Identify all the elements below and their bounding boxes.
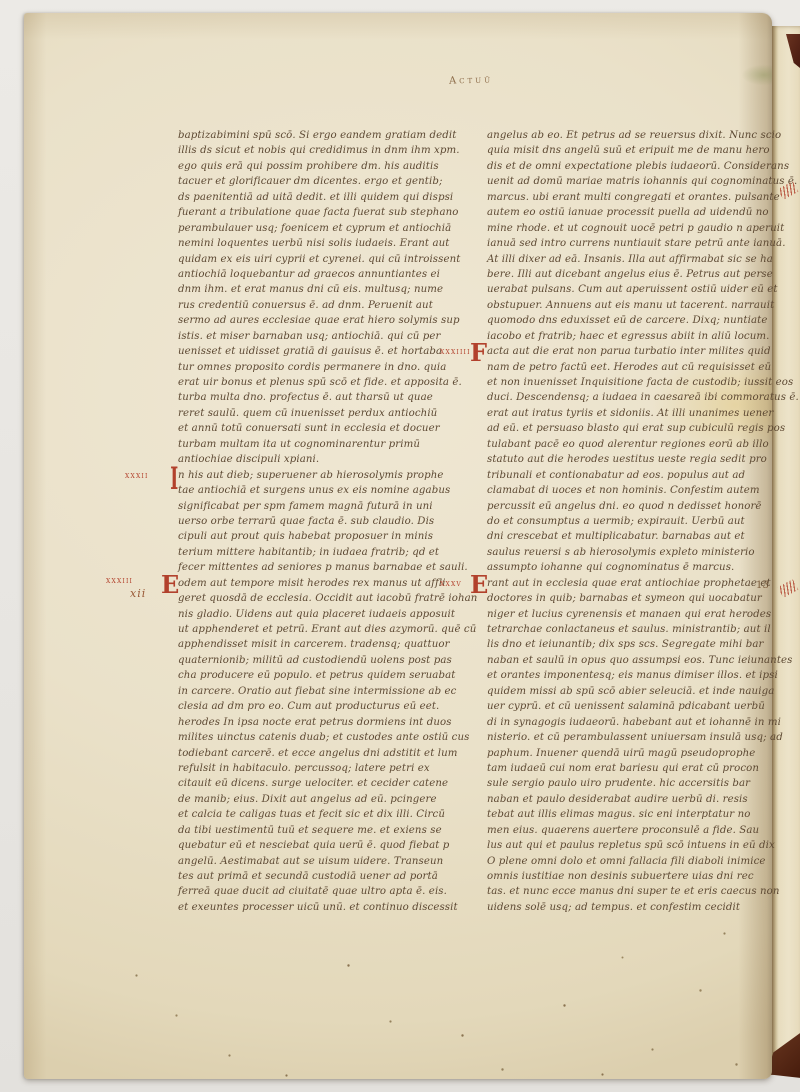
text-line-content: odem aut tempore misit herodes rex manus… — [178, 576, 446, 592]
text-line-content: citauit eū dicens. surge uelociter. et c… — [178, 776, 448, 792]
text-line: et orantes imponentesq; eis manus dimise… — [487, 668, 783, 683]
running-title: Actuũ — [449, 74, 493, 86]
text-line-content: geret quosdā de ecclesia. Occidit aut ia… — [178, 591, 477, 607]
text-line-content: clesia ad dm pro eo. Cum aut producturus… — [178, 699, 439, 715]
text-line-content: paphum. Inuener quendā uirū magū pseudop… — [487, 745, 755, 761]
text-line: quomodo dns eduxisset eū de carcere. Dix… — [487, 313, 783, 328]
text-line-content: quidam ex eis uiri cyprii et cyrenei. qu… — [178, 251, 460, 267]
text-line: quia misit dns angelū suū et eripuit me … — [487, 143, 783, 158]
text-line-content: uenit ad domū mariae matris iohannis qui… — [487, 174, 797, 190]
text-line-content: et annū totū conuersati sunt in ecclesia… — [178, 421, 440, 437]
text-line-content: omnis iustitiae non desinis subuertere u… — [487, 869, 754, 885]
text-line-content: cipuli aut prout quis habebat proposuer … — [178, 529, 433, 545]
text-line: clamabat di uoces et non hominis. Confes… — [487, 483, 783, 498]
text-line: turba multa dno. profectus ē. aut tharsū… — [178, 390, 474, 405]
text-line: quebatur eū et nesciebat quia uerū ē. qu… — [178, 838, 474, 853]
text-line: percussit eū angelus dni. eo quod n dedi… — [487, 499, 783, 514]
text-line-content: angelus ab eo. Et petrus ad se reuersus … — [487, 128, 781, 144]
text-line-content: uerso orbe terrarū quae facta ē. sub cla… — [178, 514, 434, 530]
chapter-numeral: xxxiiii — [440, 345, 471, 360]
rubric-initial: E — [470, 573, 488, 597]
text-line-content: tur omnes proposito cordis permanere in … — [178, 359, 446, 375]
text-line-content: et non inuenisset Inquisitione facta de … — [487, 375, 793, 391]
text-line-content: tas. et nunc ecce manus dni super te et … — [487, 884, 780, 900]
text-line-content: et calcia te caligas tuas et fecit sic e… — [178, 807, 445, 823]
text-line: nis gladio. Uidens aut quia placeret iud… — [178, 607, 474, 622]
text-line-content: tae antiochiā et surgens unus ex eis nom… — [178, 483, 450, 499]
text-line-content: percussit eū angelus dni. eo quod n dedi… — [487, 498, 762, 514]
text-line: quaternionib; militū ad custodiendū uole… — [178, 653, 474, 668]
text-line: xxxiiiiFacta aut die erat non parua turb… — [487, 344, 783, 359]
text-line: geret quosdā de ecclesia. Occidit aut ia… — [178, 591, 474, 606]
text-line: sermo ad aures ecclesiae quae erat hiero… — [178, 313, 474, 328]
text-line: antiochiae discipuli xpiani. — [178, 452, 474, 467]
manuscript-page: Actuũ baptizabimini spū scō. Si ergo ean… — [24, 13, 772, 1079]
text-line: erat uir bonus et plenus spū scō et fide… — [178, 375, 474, 390]
text-line-content: rant aut in ecclesia quae erat antiochia… — [487, 576, 771, 592]
text-line-content: marcus. ubi erant multi congregati et or… — [487, 190, 780, 206]
text-line-content: baptizabimini spū scō. Si ergo eandem gr… — [178, 128, 456, 144]
text-line: angelū. Aestimabat aut se uisum uidere. … — [178, 854, 474, 869]
text-line-content: istis. et miser barnaban usq; antiochiā.… — [178, 329, 440, 345]
text-line: nemini loquentes uerbū nisi solis iudaei… — [178, 236, 474, 251]
text-line: angelus ab eo. Et petrus ad se reuersus … — [487, 128, 783, 143]
text-line-content: sermo ad aures ecclesiae quae erat hiero… — [178, 313, 460, 329]
text-line: statuto aut die herodes uestitus ueste r… — [487, 452, 783, 467]
text-line-content: uidens solē usq; ad tempus. et confestim… — [487, 900, 740, 916]
text-line-content: quidem missi ab spū scō abier seleuciā. … — [487, 684, 774, 700]
text-line: tebat aut illis elimas magus. sic eni in… — [487, 807, 783, 822]
text-line-content: tes aut primā et secundā custodiā uener … — [178, 869, 438, 885]
text-line: tes aut primā et secundā custodiā uener … — [178, 869, 474, 884]
text-line: xxxv13Erant aut in ecclesia quae erat an… — [487, 576, 783, 591]
text-line: citauit eū dicens. surge uelociter. et c… — [178, 776, 474, 791]
text-line-content: sule sergio paulo uiro prudente. hic acc… — [487, 776, 750, 792]
text-line-content: iacobo et fratrib; haec et egressus abii… — [487, 329, 770, 345]
text-line-content: dni crescebat et multiplicabatur. barnab… — [487, 529, 745, 545]
text-line: refulsit in habitaculo. percussoq; later… — [178, 761, 474, 776]
text-line-content: terium mittere habitantib; in iudaea fra… — [178, 545, 439, 561]
text-line-content: tebat aut illis elimas magus. sic eni in… — [487, 807, 750, 823]
text-line: duci. Descendensq; a iudaea in caesareā … — [487, 390, 783, 405]
text-column-left: baptizabimini spū scō. Si ergo eandem gr… — [178, 128, 474, 915]
text-line: assumpto iohanne qui cognominatus ē marc… — [487, 560, 783, 575]
text-line-content: O plene omni dolo et omni fallacia fili … — [487, 853, 766, 869]
text-line: marcus. ubi erant multi congregati et or… — [487, 190, 783, 205]
text-line-content: assumpto iohanne qui cognominatus ē marc… — [487, 560, 734, 576]
text-line: tae antiochiā et surgens unus ex eis nom… — [178, 483, 474, 498]
text-line-content: nam de petro factū eet. Herodes aut cū r… — [487, 359, 771, 375]
text-line: milites uinctus catenis duab; et custode… — [178, 730, 474, 745]
text-line: turbam multam ita ut cognominarentur pri… — [178, 437, 474, 452]
text-line-content: dnm ihm. et erat manus dni cū eis. multu… — [178, 282, 443, 298]
text-line: quidem missi ab spū scō abier seleuciā. … — [487, 684, 783, 699]
text-line: xxxiiixiiEodem aut tempore misit herodes… — [178, 576, 474, 591]
text-line: dni crescebat et multiplicabatur. barnab… — [487, 529, 783, 544]
text-line-content: quebatur eū et nesciebat quia uerū ē. qu… — [178, 838, 449, 854]
text-line: antiochiā loquebantur ad graecos annunti… — [178, 267, 474, 282]
text-line: tulabant pacē eo quod alerentur regiones… — [487, 437, 783, 452]
text-line: men eius. quaerens auertere proconsulē a… — [487, 823, 783, 838]
text-line: paphum. Inuener quendā uirū magū pseudop… — [487, 746, 783, 761]
text-line: omnis iustitiae non desinis subuertere u… — [487, 869, 783, 884]
text-line-content: autem eo ostiū ianuae processit puella a… — [487, 205, 769, 221]
text-line-content: tam iudaeū cui nom erat bariesu qui erat… — [487, 761, 759, 777]
text-line-content: acta aut die erat non parua turbatio int… — [487, 344, 771, 360]
text-line: dnm ihm. et erat manus dni cū eis. multu… — [178, 282, 474, 297]
text-line-content: angelū. Aestimabat aut se uisum uidere. … — [178, 853, 443, 869]
text-line: istis. et miser barnaban usq; antiochiā.… — [178, 329, 474, 344]
text-line-content: duci. Descendensq; a iudaea in caesareā … — [487, 390, 799, 406]
text-line: rus credentiū conuersus ē. ad dnm. Perue… — [178, 298, 474, 313]
text-column-right: angelus ab eo. Et petrus ad se reuersus … — [487, 128, 783, 915]
text-line: quidam ex eis uiri cyprii et cyrenei. qu… — [178, 252, 474, 267]
text-line-content: obstupuer. Annuens aut eis manu ut tacer… — [487, 298, 774, 314]
text-line-content: tacuer et glorificauer dm dicentes. ergo… — [178, 174, 442, 190]
text-line-content: ds paenitentiā ad uitā dedit. et illi qu… — [178, 190, 453, 206]
text-line-content: ad eū. et persuaso blasto qui erat sup c… — [487, 421, 785, 437]
text-line: obstupuer. Annuens aut eis manu ut tacer… — [487, 298, 783, 313]
text-line: et calcia te caligas tuas et fecit sic e… — [178, 807, 474, 822]
text-line-content: niger et lucius cyrenensis et manaen qui… — [487, 606, 771, 622]
text-line: nam de petro factū eet. Herodes aut cū r… — [487, 360, 783, 375]
text-line: et exeuntes processer uicū unū. et conti… — [178, 900, 474, 915]
text-line-content: et exeuntes processer uicū unū. et conti… — [178, 900, 458, 916]
text-line-content: rus credentiū conuersus ē. ad dnm. Perue… — [178, 298, 433, 314]
text-line-content: in carcere. Oratio aut fiebat sine inter… — [178, 684, 456, 700]
text-line: naban et paulo desiderabat audire uerbū … — [487, 792, 783, 807]
text-line: tacuer et glorificauer dm dicentes. ergo… — [178, 174, 474, 189]
text-line-content: uenisset et uidisset gratiā di gauisus ē… — [178, 344, 442, 360]
text-line-content: clamabat di uoces et non hominis. Confes… — [487, 483, 760, 499]
text-line: illis ds sicut et nobis qui credidimus i… — [178, 143, 474, 158]
text-line-content: bere. Illi aut dicebant angelus eius ē. … — [487, 267, 773, 283]
text-line: bere. Illi aut dicebant angelus eius ē. … — [487, 267, 783, 282]
text-line-content: illis ds sicut et nobis qui credidimus i… — [178, 143, 460, 159]
text-line: significabat per spm famem magnā futurā … — [178, 499, 474, 514]
text-line-content: quaternionib; militū ad custodiendū uole… — [178, 653, 452, 669]
text-line: de manib; eius. Dixit aut angelus ad eū.… — [178, 792, 474, 807]
chapter-number: xii — [130, 586, 146, 601]
text-line-content: turba multa dno. profectus ē. aut tharsū… — [178, 390, 433, 406]
text-line: uidens solē usq; ad tempus. et confestim… — [487, 900, 783, 915]
text-line: saulus reuersi s ab hierosolymis expleto… — [487, 545, 783, 560]
text-line-content: tribunali et contionabatur ad eos. popul… — [487, 467, 745, 483]
text-line-content: significabat per spm famem magnā futurā … — [178, 498, 433, 514]
text-line-content: n his aut dieb; superuener ab hierosolym… — [178, 467, 444, 483]
text-line: uer cyprū. et cū uenissent salaminā pdic… — [487, 699, 783, 714]
text-line: iacobo et fratrib; haec et egressus abii… — [487, 329, 783, 344]
text-line-content: men eius. quaerens auertere proconsulē a… — [487, 823, 759, 839]
text-line-content: doctores in quib; barnabas et symeon qui… — [487, 591, 762, 607]
text-line: naban et saulū in opus quo assumpsi eos.… — [487, 653, 783, 668]
text-line: terium mittere habitantib; in iudaea fra… — [178, 545, 474, 560]
text-line-content: et orantes imponentesq; eis manus dimise… — [487, 668, 778, 684]
text-line: ego quis erā qui possim prohibere dm. hi… — [178, 159, 474, 174]
text-line: tas. et nunc ecce manus dni super te et … — [487, 884, 783, 899]
text-line-content: de manib; eius. Dixit aut angelus ad eū.… — [178, 792, 437, 808]
text-line: tam iudaeū cui nom erat bariesu qui erat… — [487, 761, 783, 776]
text-line-content: naban et paulo desiderabat audire uerbū … — [487, 792, 748, 808]
text-line: tur omnes proposito cordis permanere in … — [178, 360, 474, 375]
text-line: xxxiiIn his aut dieb; superuener ab hier… — [178, 468, 474, 483]
text-line: mine rhode. et ut cognouit uocē petri p … — [487, 221, 783, 236]
text-line-content: cha producere eū populo. et petrus quide… — [178, 668, 455, 684]
text-line: uenisset et uidisset gratiā di gauisus ē… — [178, 344, 474, 359]
text-line: autem eo ostiū ianuae processit puella a… — [487, 205, 783, 220]
text-line: todiebant carcerē. et ecce angelus dni a… — [178, 746, 474, 761]
text-line-content: perambulauer usq; foenicem et cyprum et … — [178, 220, 451, 236]
text-line-content: di in synagogis iudaeorū. habebant aut e… — [487, 714, 781, 730]
text-line-content: antiochiae discipuli xpiani. — [178, 452, 319, 468]
text-line: da tibi uestimentū tuū et sequere me. et… — [178, 823, 474, 838]
text-line-content: tulabant pacē eo quod alerentur regiones… — [487, 437, 769, 453]
text-line-content: uerabat pulsans. Cum aut aperuissent ost… — [487, 282, 778, 298]
text-line: At illi dixer ad eā. Insanis. Illa aut a… — [487, 252, 783, 267]
text-line: baptizabimini spū scō. Si ergo eandem gr… — [178, 128, 474, 143]
text-line-content: naban et saulū in opus quo assumpsi eos.… — [487, 653, 792, 669]
text-line-content: uer cyprū. et cū uenissent salaminā pdic… — [487, 699, 765, 715]
text-line: clesia ad dm pro eo. Cum aut producturus… — [178, 699, 474, 714]
text-line-content: fecer mittentes ad seniores p manus barn… — [178, 560, 468, 576]
text-line-content: fuerant a tribulatione quae facta fuerat… — [178, 205, 459, 221]
text-line: tribunali et contionabatur ad eos. popul… — [487, 468, 783, 483]
text-line-content: erat aut iratus tyriis et sidoniis. At i… — [487, 406, 773, 422]
rubric-initial: E — [161, 573, 179, 597]
text-line: sule sergio paulo uiro prudente. hic acc… — [487, 776, 783, 791]
text-line-content: ut apphenderet et petrū. Erant aut dies … — [178, 622, 476, 638]
text-line: uerso orbe terrarū quae facta ē. sub cla… — [178, 514, 474, 529]
text-line-content: lis dno et ieiunantib; dix sps scs. Segr… — [487, 637, 764, 653]
text-line-content: statuto aut die herodes uestitus ueste r… — [487, 452, 767, 468]
text-line: reret saulū. quem cū inuenisset perdux a… — [178, 406, 474, 421]
text-line: apphendisset misit in carcerem. tradensq… — [178, 637, 474, 652]
text-line-content: reret saulū. quem cū inuenisset perdux a… — [178, 406, 437, 422]
text-line: tetrarchae conlactaneus et saulus. minis… — [487, 622, 783, 637]
text-line-content: nisterio. et cū perambulassent uniuersam… — [487, 730, 783, 746]
text-line: et non inuenisset Inquisitione facta de … — [487, 375, 783, 390]
rubric-initial: F — [470, 341, 487, 365]
text-line: ianuā sed intro currens nuntiauit stare … — [487, 236, 783, 251]
text-line: in carcere. Oratio aut fiebat sine inter… — [178, 684, 474, 699]
text-line: doctores in quib; barnabas et symeon qui… — [487, 591, 783, 606]
text-line: herodes In ipsa nocte erat petrus dormie… — [178, 715, 474, 730]
text-line-content: At illi dixer ad eā. Insanis. Illa aut a… — [487, 251, 773, 267]
text-line: uerabat pulsans. Cum aut aperuissent ost… — [487, 282, 783, 297]
text-line: niger et lucius cyrenensis et manaen qui… — [487, 607, 783, 622]
text-line-content: antiochiā loquebantur ad graecos annunti… — [178, 267, 440, 283]
text-line-content: do et consumptus a uermib; expirauit. Ue… — [487, 514, 745, 530]
text-line: ds paenitentiā ad uitā dedit. et illi qu… — [178, 190, 474, 205]
text-line-content: tetrarchae conlactaneus et saulus. minis… — [487, 622, 771, 638]
chapter-numeral: xxxv — [440, 577, 462, 592]
text-line: fecer mittentes ad seniores p manus barn… — [178, 560, 474, 575]
text-line-content: refulsit in habitaculo. percussoq; later… — [178, 761, 430, 777]
text-line-content: erat uir bonus et plenus spū scō et fide… — [178, 375, 462, 391]
text-line-content: ego quis erā qui possim prohibere dm. hi… — [178, 159, 439, 175]
text-line: O plene omni dolo et omni fallacia fili … — [487, 854, 783, 869]
text-line-content: mine rhode. et ut cognouit uocē petri p … — [487, 220, 784, 236]
text-line: et annū totū conuersati sunt in ecclesia… — [178, 421, 474, 436]
text-line: fuerant a tribulatione quae facta fuerat… — [178, 205, 474, 220]
text-line: nisterio. et cū perambulassent uniuersam… — [487, 730, 783, 745]
text-line-content: apphendisset misit in carcerem. tradensq… — [178, 637, 450, 653]
text-line: do et consumptus a uermib; expirauit. Ue… — [487, 514, 783, 529]
text-line: perambulauer usq; foenicem et cyprum et … — [178, 221, 474, 236]
text-line-content: milites uinctus catenis duab; et custode… — [178, 730, 469, 746]
text-line: ut apphenderet et petrū. Erant aut dies … — [178, 622, 474, 637]
text-line-content: quomodo dns eduxisset eū de carcere. Dix… — [487, 313, 767, 329]
text-line-content: dis et de omni expectatione plebis iudae… — [487, 159, 789, 175]
text-line-content: ianuā sed intro currens nuntiauit stare … — [487, 236, 786, 252]
text-line-content: herodes In ipsa nocte erat petrus dormie… — [178, 714, 452, 730]
text-line: uenit ad domū mariae matris iohannis qui… — [487, 174, 783, 189]
text-line: lis dno et ieiunantib; dix sps scs. Segr… — [487, 637, 783, 652]
text-line-content: turbam multam ita ut cognominarentur pri… — [178, 437, 420, 453]
text-line-content: nemini loquentes uerbū nisi solis iudaei… — [178, 236, 450, 252]
text-line-content: todiebant carcerē. et ecce angelus dni a… — [178, 745, 458, 761]
text-line-content: lus aut qui et paulus repletus spū scō i… — [487, 838, 775, 854]
text-line-content: ferreā quae ducit ad ciuitatē quae ultro… — [178, 884, 447, 900]
text-line: ad eū. et persuaso blasto qui erat sup c… — [487, 421, 783, 436]
chapter-numeral: xxxii — [125, 469, 149, 484]
text-line: erat aut iratus tyriis et sidoniis. At i… — [487, 406, 783, 421]
text-line: cha producere eū populo. et petrus quide… — [178, 668, 474, 683]
text-line-content: saulus reuersi s ab hierosolymis expleto… — [487, 545, 755, 561]
text-line: dis et de omni expectatione plebis iudae… — [487, 159, 783, 174]
parchment-speckles — [24, 13, 25, 14]
text-line-content: nis gladio. Uidens aut quia placeret iud… — [178, 606, 455, 622]
text-line: ferreā quae ducit ad ciuitatē quae ultro… — [178, 884, 474, 899]
text-line: di in synagogis iudaeorū. habebant aut e… — [487, 715, 783, 730]
text-line: lus aut qui et paulus repletus spū scō i… — [487, 838, 783, 853]
text-line-content: da tibi uestimentū tuū et sequere me. et… — [178, 823, 442, 839]
text-line: cipuli aut prout quis habebat proposuer … — [178, 529, 474, 544]
text-line-content: quia misit dns angelū suū et eripuit me … — [487, 143, 770, 159]
